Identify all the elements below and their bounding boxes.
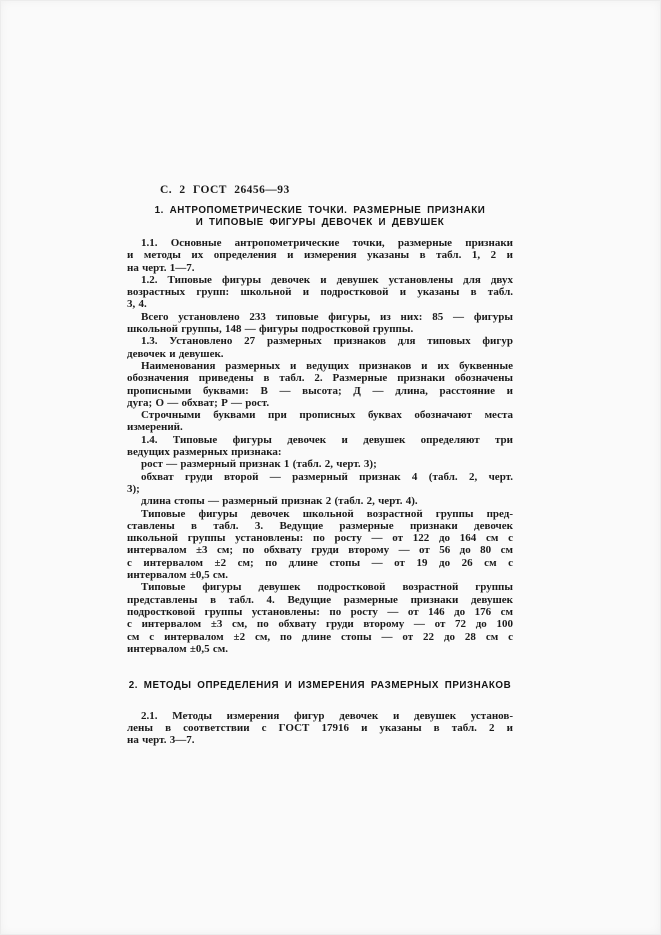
text-line: 3, 4. [127,298,513,310]
text-line: интервалом ±0,5 см. [127,643,513,655]
text-line: 3); [127,483,513,495]
text-line: девочек и девушек. [127,348,513,360]
text-line: интервалом ±0,5 см. [127,569,513,581]
text-line: возрастных групп: школьной и подростково… [127,286,513,298]
text-line: на черт. 3—7. [127,734,513,746]
text-line: Типовые фигуры девушек подростковой возр… [127,581,513,593]
text-line: с интервалом ±3 см, по обхвату груди вто… [127,618,513,630]
text-line: и методы их определения и измерения указ… [127,249,513,261]
section-heading-line: И ТИПОВЫЕ ФИГУРЫ ДЕВОЧЕК И ДЕВУШЕК [127,217,513,229]
paragraph: 1.4. Типовые фигуры девочек и девушек оп… [127,434,513,459]
text-line: прописными буквами: В — высота; Д — длин… [127,385,513,397]
text-line: 1.2. Типовые фигуры девочек и девушек ус… [127,274,513,286]
paragraph: 2.1. Методы измерения фигур девочек и де… [127,710,513,747]
text-column: С. 2 ГОСТ 26456—93 1. АНТРОПОМЕТРИЧЕСКИЕ… [127,184,513,746]
text-line: 1.1. Основные антропометрические точки, … [127,237,513,249]
text-line: ведущих размерных признака: [127,446,513,458]
text-line: ставлены в табл. 3. Ведущие размерные пр… [127,520,513,532]
text-line: с интервалом ±2 см; по длине стопы — от … [127,557,513,569]
paragraph: 1.3. Установлено 27 размерных признаков … [127,335,513,360]
section-body: 2.1. Методы измерения фигур девочек и де… [127,710,513,747]
text-line: школьной группы, 148 — фигуры подростков… [127,323,513,335]
section-heading-line: 1. АНТРОПОМЕТРИЧЕСКИЕ ТОЧКИ. РАЗМЕРНЫЕ П… [127,205,513,217]
paragraph: длина стопы — размерный признак 2 (табл.… [127,495,513,507]
document-sections: 1. АНТРОПОМЕТРИЧЕСКИЕ ТОЧКИ. РАЗМЕРНЫЕ П… [127,205,513,746]
paragraph: Строчными буквами при прописных буквах о… [127,409,513,434]
text-line: интервалом ±3 см; по обхвату груди второ… [127,544,513,556]
paragraph: Типовые фигуры девочек школьной возрастн… [127,508,513,582]
paragraph: Типовые фигуры девушек подростковой возр… [127,581,513,655]
text-line: рост — размерный признак 1 (табл. 2, чер… [127,458,513,470]
text-line: Строчными буквами при прописных буквах о… [127,409,513,421]
text-line: школьной группы установлены: по росту — … [127,532,513,544]
text-line: Наименования размерных и ведущих признак… [127,360,513,372]
document-page: С. 2 ГОСТ 26456—93 1. АНТРОПОМЕТРИЧЕСКИЕ… [0,0,661,935]
section-1: 1. АНТРОПОМЕТРИЧЕСКИЕ ТОЧКИ. РАЗМЕРНЫЕ П… [127,205,513,655]
text-line: представлены в табл. 4. Ведущие размерны… [127,594,513,606]
paragraph: 1.1. Основные антропометрические точки, … [127,237,513,274]
text-line: обозначения приведены в табл. 2. Размерн… [127,372,513,384]
section-2: 2. МЕТОДЫ ОПРЕДЕЛЕНИЯ И ИЗМЕРЕНИЯ РАЗМЕР… [127,680,513,746]
section-heading: 1. АНТРОПОМЕТРИЧЕСКИЕ ТОЧКИ. РАЗМЕРНЫЕ П… [127,205,513,228]
paragraph: рост — размерный признак 1 (табл. 2, чер… [127,458,513,470]
text-line: 1.3. Установлено 27 размерных признаков … [127,335,513,347]
section-heading: 2. МЕТОДЫ ОПРЕДЕЛЕНИЯ И ИЗМЕРЕНИЯ РАЗМЕР… [127,680,513,692]
text-line: Всего установлено 233 типовые фигуры, из… [127,311,513,323]
text-line: длина стопы — размерный признак 2 (табл.… [127,495,513,507]
paragraph: обхват груди второй — размерный признак … [127,471,513,496]
text-line: дуга; О — обхват; Р — рост. [127,397,513,409]
section-heading-line: 2. МЕТОДЫ ОПРЕДЕЛЕНИЯ И ИЗМЕРЕНИЯ РАЗМЕР… [127,680,513,692]
text-line: лены в соответствии с ГОСТ 17916 и указа… [127,722,513,734]
text-line: 1.4. Типовые фигуры девочек и девушек оп… [127,434,513,446]
text-line: 2.1. Методы измерения фигур девочек и де… [127,710,513,722]
text-line: на черт. 1—7. [127,262,513,274]
text-line: Типовые фигуры девочек школьной возрастн… [127,508,513,520]
text-line: см с интервалом ±2 см, по длине стопы — … [127,631,513,643]
paragraph: Наименования размерных и ведущих признак… [127,360,513,409]
section-body: 1.1. Основные антропометрические точки, … [127,237,513,655]
paragraph: Всего установлено 233 типовые фигуры, из… [127,311,513,336]
paragraph: 1.2. Типовые фигуры девочек и девушек ус… [127,274,513,311]
text-line: подростковой группы установлены: по рост… [127,606,513,618]
text-line: измерений. [127,421,513,433]
page-header: С. 2 ГОСТ 26456—93 [160,184,513,196]
text-line: обхват груди второй — размерный признак … [127,471,513,483]
